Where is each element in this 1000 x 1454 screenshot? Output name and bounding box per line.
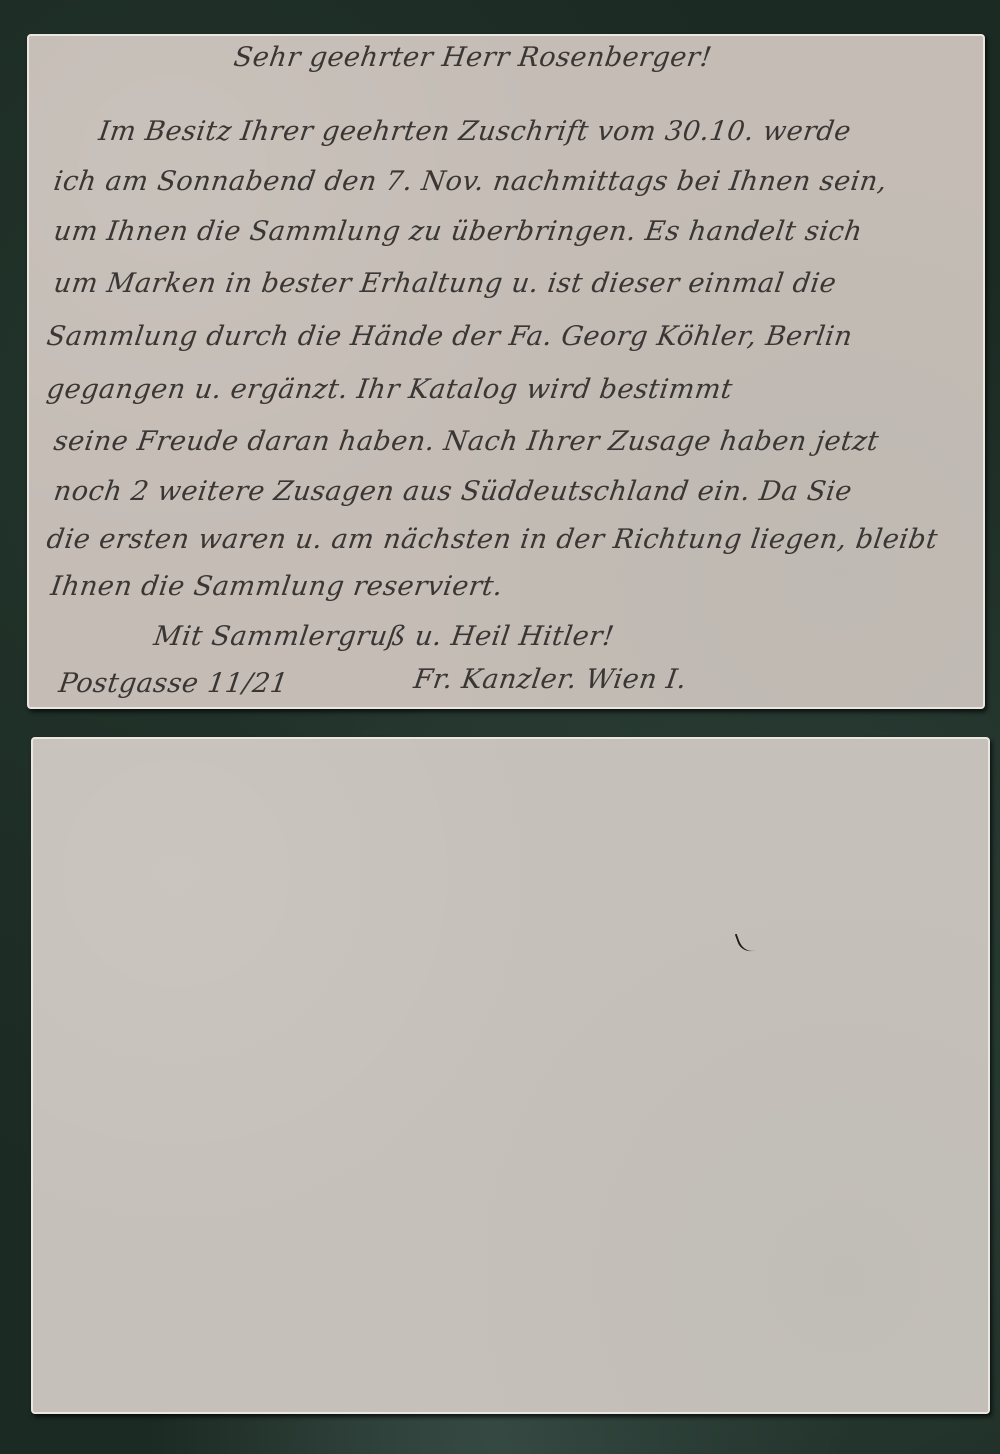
letter-line-7: seine Freude daran haben. Nach Ihrer Zus… <box>52 426 881 457</box>
letter-line-3: um Ihnen die Sammlung zu überbringen. Es… <box>52 216 865 247</box>
letter-line-4: um Marken in bester Erhaltung u. ist die… <box>52 268 839 299</box>
letter-line-6: gegangen u. ergänzt. Ihr Katalog wird be… <box>45 374 735 405</box>
letter-line-10: Ihnen die Sammlung reserviert. <box>49 571 505 602</box>
signature: Fr. Kanzler. Wien I. <box>412 664 689 695</box>
letter-line-8: noch 2 weitere Zusagen aus Süddeutschlan… <box>52 476 854 507</box>
address: Postgasse 11/21 <box>57 668 290 699</box>
hair-fiber-mark <box>735 929 758 955</box>
letter-line-2: ich am Sonnabend den 7. Nov. nachmittags… <box>52 166 889 197</box>
closing: Mit Sammlergruß u. Heil Hitler! <box>152 621 616 652</box>
letter-line-5: Sammlung durch die Hände der Fa. Georg K… <box>45 321 855 352</box>
letter-line-1: Im Besitz Ihrer geehrten Zuschrift vom 3… <box>97 116 853 147</box>
salutation: Sehr geehrter Herr Rosenberger! <box>232 42 714 73</box>
letter-line-9: die ersten waren u. am nächsten in der R… <box>45 524 940 555</box>
postcard-back <box>31 737 990 1414</box>
postcard-front: Sehr geehrter Herr Rosenberger! Im Besit… <box>27 34 985 709</box>
